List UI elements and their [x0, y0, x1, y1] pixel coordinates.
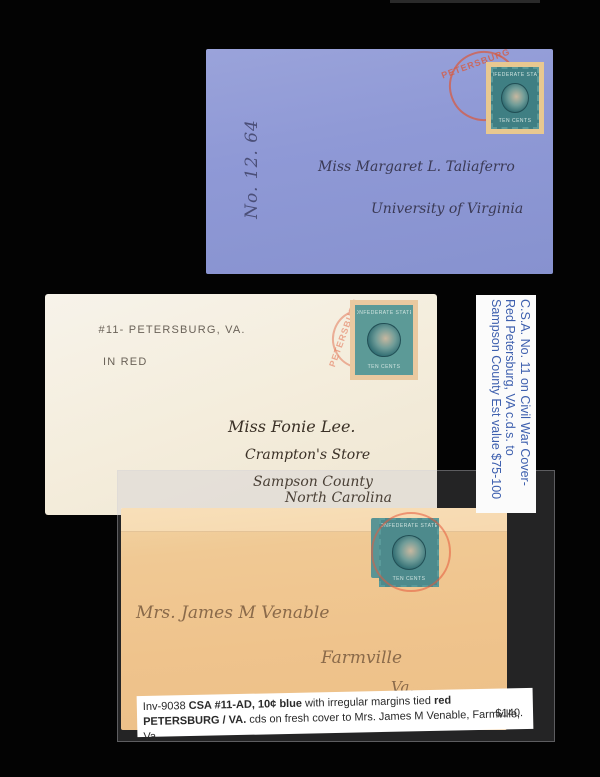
stamp[interactable]: CONFEDERATE STATES TEN CENTS — [486, 62, 544, 134]
pencil-note-line: #11- PETERSBURG, VA. — [99, 324, 246, 336]
description-label-vertical: C.S.A. No. 11 on Civil War Cover- Red Pe… — [476, 295, 536, 513]
stamp-top-text: CONFEDERATE STATES — [491, 72, 539, 78]
previous-page-edge — [390, 0, 540, 3]
portrait-icon — [367, 323, 400, 358]
album-page: No. 12. 64 PETERSBURG CONFEDERATE STATES… — [0, 0, 600, 777]
envelope-flap — [121, 508, 507, 532]
description-label-bottom: Inv-9038 CSA #11-AD, 10¢ blue with irreg… — [137, 688, 534, 737]
description-mid: with irregular margins tied — [305, 695, 431, 710]
blue-cover[interactable]: No. 12. 64 PETERSBURG CONFEDERATE STATES… — [206, 49, 553, 274]
stamp-top-text: CONFEDERATE STATES — [355, 310, 413, 316]
address-line: University of Virginia — [371, 201, 523, 217]
address-line: Crampton's Store — [245, 447, 370, 463]
address-line: Miss Fonie Lee. — [228, 417, 356, 436]
stamp-bottom-text: TEN CENTS — [499, 118, 532, 124]
docket-notation: No. 12. 64 — [242, 119, 262, 219]
stamp-design: CONFEDERATE STATES TEN CENTS — [355, 305, 413, 375]
address-line: Miss Margaret L. Taliaferro — [318, 159, 515, 175]
inventory-number: Inv-9038 — [143, 700, 186, 713]
address-line: Farmville — [321, 648, 402, 668]
address-line: North Carolina — [285, 490, 392, 506]
portrait-icon — [501, 83, 528, 113]
pencil-note: #11- PETERSBURG, VA. IN RED — [73, 306, 246, 402]
stamp[interactable]: CONFEDERATE STATES TEN CENTS — [350, 300, 418, 380]
stamp-design: CONFEDERATE STATES TEN CENTS — [491, 67, 539, 129]
catalog-number: CSA #11-AD, 10¢ blue — [189, 698, 303, 712]
description-text: C.S.A. No. 11 on Civil War Cover- Red Pe… — [476, 295, 536, 513]
price: $140. — [495, 706, 523, 722]
postmark-cds — [371, 512, 451, 592]
address-line: Mrs. James M Venable — [136, 603, 329, 623]
stamp-bottom-text: TEN CENTS — [368, 364, 401, 370]
pencil-note-line: IN RED — [73, 354, 246, 370]
address-line: Sampson County — [253, 474, 373, 490]
